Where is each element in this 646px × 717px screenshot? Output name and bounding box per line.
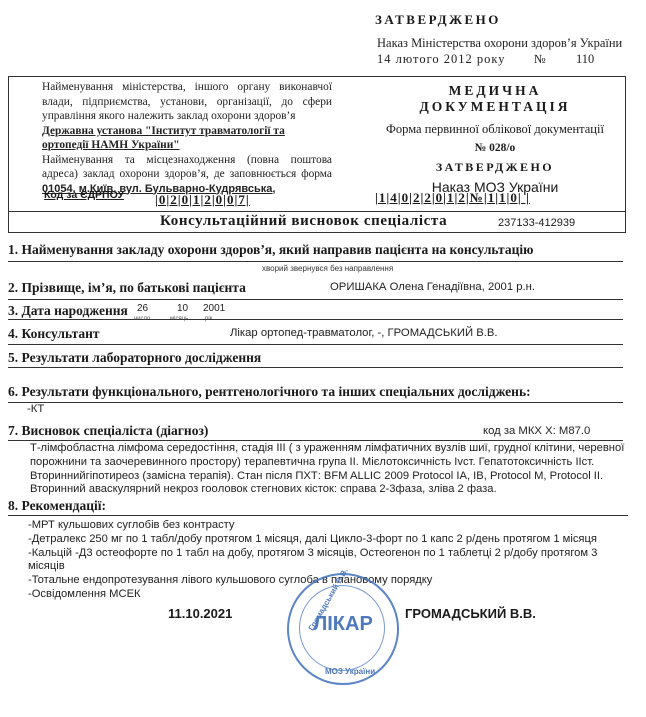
order-code: |1|4|0|2|2|0|1|2|№|1|1|0| |	[375, 190, 530, 206]
order-no: 110	[576, 51, 594, 67]
consultant: Лікар ортопед-травматолог, -, ГРОМАДСЬКИ…	[230, 327, 498, 339]
section-8-line	[8, 515, 628, 516]
section-8-label: 8. Рекомендації:	[8, 498, 106, 514]
birth-year: 2001	[203, 303, 225, 314]
form-number: № 028/о	[370, 142, 620, 154]
order-date-row: 14 лютого 2012 року № 110	[377, 51, 622, 67]
form-approved: ЗАТВЕРДЖЕНО	[370, 160, 620, 175]
imaging-results: -КТ	[27, 403, 44, 415]
diagnosis-text: Т-лімфобластна лімфома середостіння, ста…	[30, 442, 630, 497]
birth-day: 26	[137, 303, 148, 314]
section-1-line	[8, 261, 623, 262]
section-4-label: 4. Консультант	[8, 326, 100, 342]
document-id: 237133-412939	[498, 217, 575, 229]
section-5-line	[8, 367, 623, 368]
section-6-line	[8, 402, 623, 403]
recommendation-item: -МРТ кульшових суглобів без контрасту	[28, 519, 628, 533]
section-7-label: 7. Висновок спеціаліста (діагноз)	[8, 423, 208, 439]
document-title: Консультаційний висновок спеціаліста	[160, 213, 447, 230]
edrpou-label: Код за ЄДРПОУ	[44, 189, 124, 201]
birth-month: 10	[177, 303, 188, 314]
section-6-label: 6. Результати функціонального, рентгенол…	[8, 384, 531, 400]
box-divider	[8, 211, 625, 212]
recommendation-item: -Детралекс 250 мг по 1 табл/добу протяго…	[28, 533, 628, 547]
doctor-stamp: Громадський В.В. МОЗ України ЛІКАР	[287, 573, 399, 685]
patient-name: ОРИШАКА Олена Генадіївна, 2001 р.н.	[330, 281, 535, 293]
order-reference: Наказ Міністерства охорони здоров’я Укра…	[377, 35, 622, 67]
section-1-label: 1. Найменування закладу охорони здоров’я…	[8, 242, 533, 258]
ministry-caption: Найменування міністерства, іншого органу…	[42, 80, 332, 124]
section-7-line	[8, 440, 623, 441]
institution-name: Державна установа "Інститут травматологі…	[42, 124, 332, 153]
order-date: 14 лютого 2012 року	[377, 51, 506, 67]
medical-documentation-title: МЕДИЧНА ДОКУМЕНТАЦІЯ	[370, 83, 620, 115]
approved-heading: ЗАТВЕРДЖЕНО	[375, 12, 501, 28]
referring-facility: хворий звернувся без направлення	[262, 264, 393, 273]
stamp-center-text: ЛІКАР	[303, 613, 383, 636]
order-no-label: №	[534, 51, 546, 67]
section-3-label: 3. Дата народження	[8, 303, 128, 319]
order-line: Наказ Міністерства охорони здоров’я Укра…	[377, 35, 622, 51]
edrpou-code: |0|2|0|1|2|0|0|7|	[155, 192, 250, 208]
form-caption: Форма первинної облікової документації	[370, 122, 620, 137]
section-2-line	[8, 299, 623, 300]
institution-info: Найменування міністерства, іншого органу…	[42, 80, 332, 196]
stamp-ring-bottom: МОЗ України	[325, 667, 375, 676]
section-3-line	[8, 319, 623, 320]
icd-code: код за МКХ X: M87.0	[483, 425, 590, 437]
signature-date: 11.10.2021	[168, 606, 232, 621]
section-5-label: 5. Результати лабораторного дослідження	[8, 350, 261, 366]
signature-name: ГРОМАДСЬКИЙ В.В.	[405, 606, 536, 621]
section-2-label: 2. Прізвище, ім’я, по батькові пацієнта	[8, 280, 246, 296]
form-info: МЕДИЧНА ДОКУМЕНТАЦІЯ Форма первинної обл…	[370, 80, 620, 195]
recommendation-item: -Кальцій -Д3 остеофорте по 1 табл на доб…	[28, 547, 608, 575]
section-4-line	[8, 344, 623, 345]
